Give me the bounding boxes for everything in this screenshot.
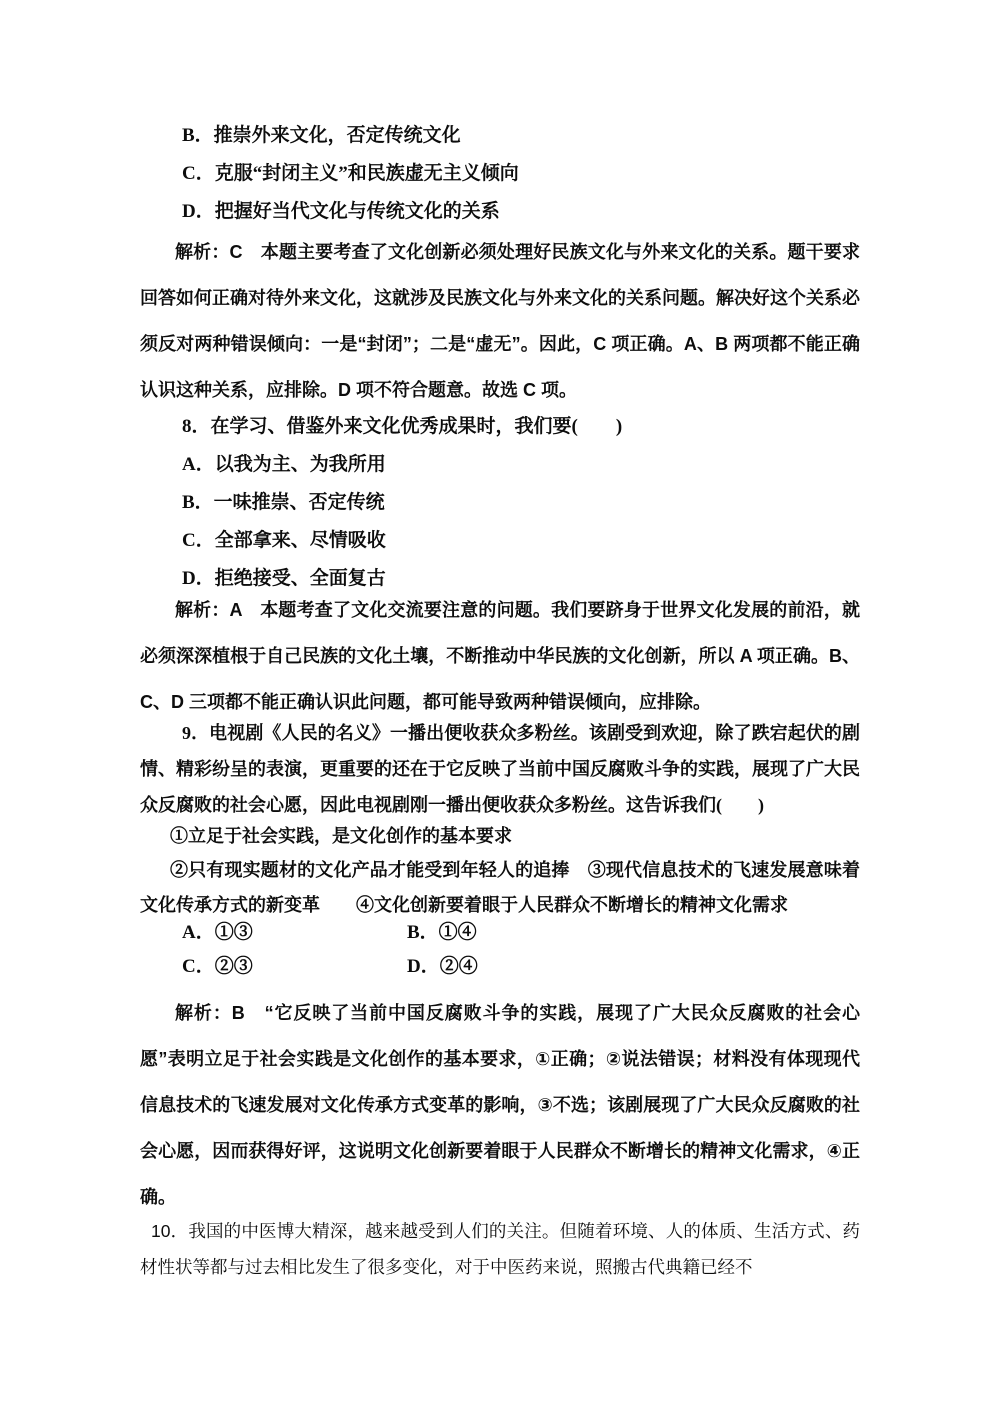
question-9-analysis: 解析：B “它反映了当前中国反腐败斗争的实践，展现了广大民众反腐败的社会心愿”表… bbox=[140, 990, 860, 1220]
q9-choice-b: B．①④ bbox=[407, 916, 477, 950]
q7-option-c: C．克服“封闭主义”和民族虚无主义倾向 bbox=[140, 155, 860, 193]
question-10-stem: 10．我国的中医博大精深，越来越受到人们的关注。但随着环境、人的体质、生活方式、… bbox=[140, 1213, 860, 1285]
q8-option-b: B．一味推崇、否定传统 bbox=[140, 484, 860, 522]
q9-choices-row-2: C．②③D．②④ bbox=[140, 950, 860, 984]
q9-choice-c: C．②③ bbox=[182, 950, 407, 984]
q8-option-c: C．全部拿来、尽情吸收 bbox=[140, 522, 860, 560]
question-8-stem: 8．在学习、借鉴外来文化优秀成果时，我们要( ) bbox=[140, 408, 902, 446]
q7-option-b: B．推崇外来文化，否定传统文化 bbox=[140, 117, 860, 155]
q8-option-a: A．以我为主、为我所用 bbox=[140, 446, 860, 484]
question-9-stem: 9．电视剧《人民的名义》一播出便收获众多粉丝。该剧受到欢迎，除了跌宕起伏的剧情、… bbox=[140, 715, 860, 823]
question-7-analysis: 解析：C 本题主要考查了文化创新必须处理好民族文化与外来文化的关系。题干要求回答… bbox=[140, 229, 860, 413]
question-8-options: A．以我为主、为我所用 B．一味推崇、否定传统 C．全部拿来、尽情吸收 D．拒绝… bbox=[140, 446, 860, 598]
question-9-items-2-3-4: ②只有现实题材的文化产品才能受到年轻人的追捧 ③现代信息技术的飞速发展意味着文化… bbox=[140, 853, 860, 923]
q7-option-d: D．把握好当代文化与传统文化的关系 bbox=[140, 193, 860, 231]
document-page: B．推崇外来文化，否定传统文化 C．克服“封闭主义”和民族虚无主义倾向 D．把握… bbox=[0, 0, 1000, 1414]
question-9-item-1: ①立足于社会实践，是文化创作的基本要求 bbox=[140, 818, 890, 854]
q9-choice-a: A．①③ bbox=[182, 916, 407, 950]
question-9-choices: A．①③B．①④ C．②③D．②④ bbox=[140, 916, 860, 984]
q9-choice-d: D．②④ bbox=[407, 950, 478, 984]
q9-choices-row-1: A．①③B．①④ bbox=[140, 916, 860, 950]
question-7-options: B．推崇外来文化，否定传统文化 C．克服“封闭主义”和民族虚无主义倾向 D．把握… bbox=[140, 117, 860, 231]
question-8-analysis: 解析：A 本题考查了文化交流要注意的问题。我们要跻身于世界文化发展的前沿，就必须… bbox=[140, 587, 860, 725]
